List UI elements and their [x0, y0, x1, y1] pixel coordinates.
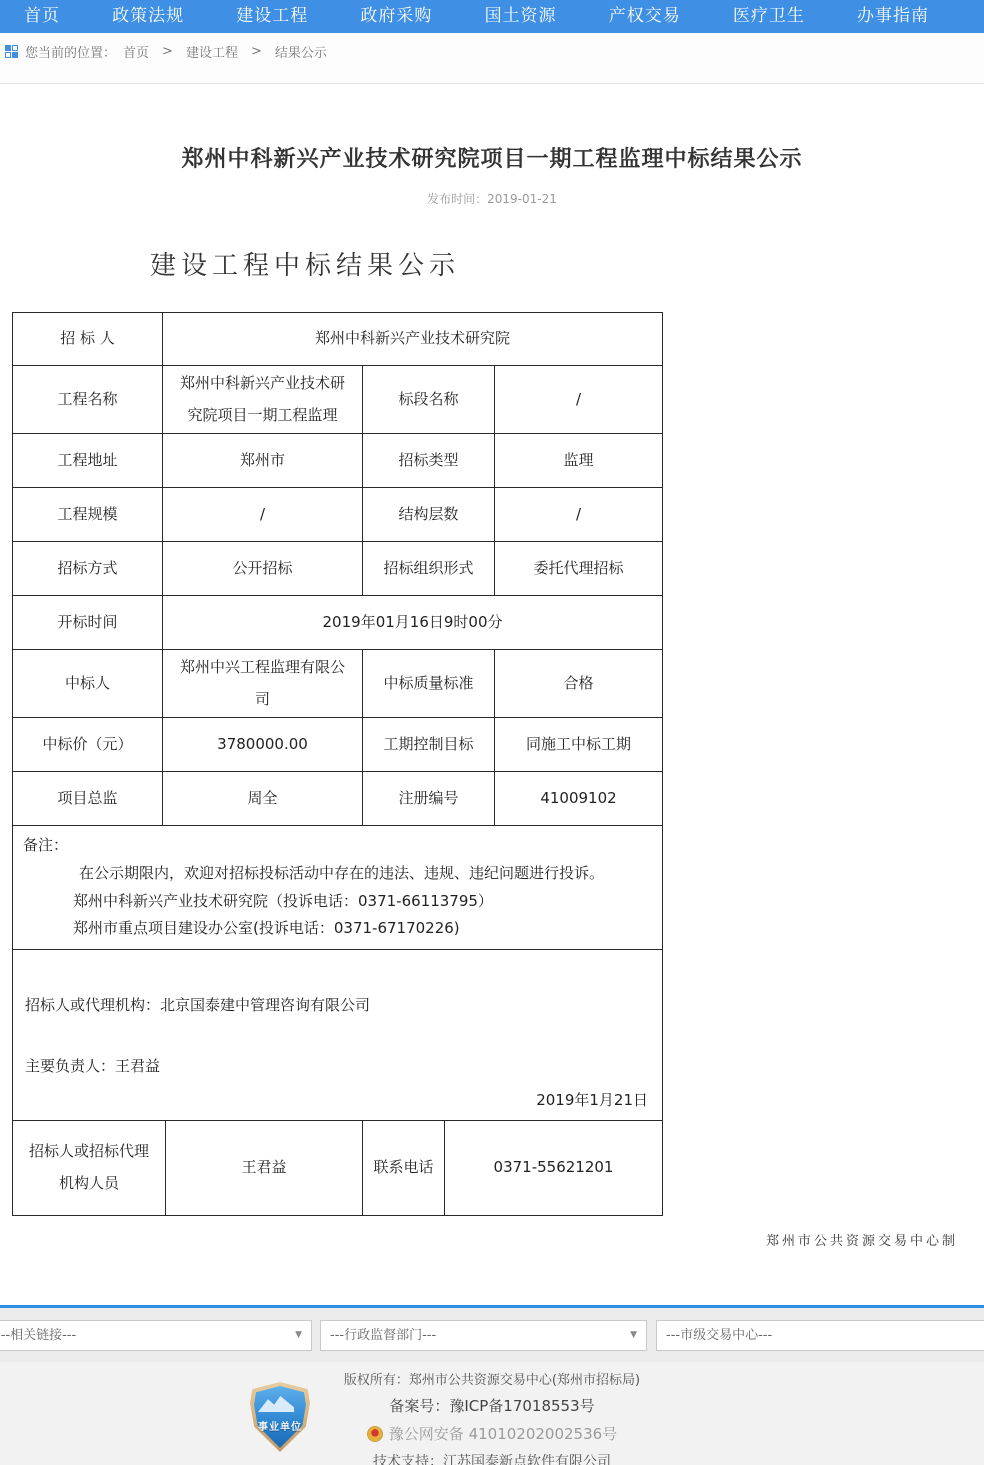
nav-item-home[interactable]: 首页	[24, 0, 60, 33]
table-row: 工程地址 郑州市 招标类型 监理	[13, 434, 663, 488]
nav-item-policy[interactable]: 政策法规	[112, 0, 184, 33]
icp-record-text: 备案号：豫ICP备17018553号	[0, 1395, 984, 1416]
related-links-select-wrap: ---相关链接--- ▼	[0, 1320, 312, 1351]
footer-link-selects: ---相关链接--- ▼ ---行政监督部门--- ▼ ---市级交易中心---…	[0, 1308, 984, 1362]
cell-schedule-target-value: 同施工中标工期	[495, 718, 663, 772]
table-row: 中标人 郑州中兴工程监理有限公司 中标质量标准 合格	[13, 650, 663, 718]
remark-body: 在公示期限内，欢迎对招标投标活动中存在的违法、违规、违纪问题进行投诉。 郑州中科…	[23, 860, 652, 943]
footer: 事业单位 版权所有：郑州市公共资源交易中心(郑州市招标局) 备案号：豫ICP备1…	[0, 1362, 984, 1465]
cell-agent-staff-value: 王君益	[166, 1120, 363, 1215]
city-trade-center-select-wrap: ---市级交易中心--- ▼	[656, 1320, 984, 1351]
cell-project-scale-value: /	[163, 488, 363, 542]
cell-chief-supervisor-value: 周全	[163, 772, 363, 826]
cell-tender-org-form-value: 委托代理招标	[495, 542, 663, 596]
made-by-note: 郑州市公共资源交易中心制	[0, 1230, 958, 1249]
table-row: 招标人或招标代理机构人员 王君益 联系电话 0371-55621201	[13, 1120, 663, 1215]
remark-line: 郑州市重点项目建设办公室(投诉电话：0371-67170226)	[23, 915, 652, 943]
cell-registration-no-label: 注册编号	[363, 772, 495, 826]
top-nav: 首页 政策法规 建设工程 政府采购 国土资源 产权交易 医疗卫生 办事指南	[0, 0, 984, 33]
nav-item-medical[interactable]: 医疗卫生	[733, 0, 805, 33]
cell-agent-staff-label: 招标人或招标代理机构人员	[13, 1120, 166, 1215]
remark-line: 在公示期限内，欢迎对招标投标活动中存在的违法、违规、违纪问题进行投诉。	[23, 860, 652, 888]
cell-tenderer-label: 招 标 人	[13, 313, 163, 366]
breadcrumb-separator: >	[162, 44, 173, 59]
page-title: 郑州中科新兴产业技术研究院项目一期工程监理中标结果公示	[0, 142, 984, 173]
breadcrumb-home-link[interactable]: 首页	[123, 42, 149, 61]
table-row: 开标时间 2019年01月16日9时00分	[13, 596, 663, 650]
public-security-record-text: 豫公网安备 41010202002536号	[389, 1423, 617, 1444]
cell-agency: 招标人或代理机构：北京国泰建中管理咨询有限公司 主要负责人：王君益 2019年1…	[13, 950, 663, 1121]
table-row: 工程名称 郑州中科新兴产业技术研究院项目一期工程监理 标段名称 /	[13, 366, 663, 434]
tech-support-text: 技术支持：江苏国泰新点软件有限公司	[0, 1451, 984, 1465]
bid-result-table-contact: 招标人或招标代理机构人员 王君益 联系电话 0371-55621201	[12, 1120, 663, 1216]
city-trade-center-select[interactable]: ---市级交易中心---	[657, 1321, 984, 1350]
nav-item-construction[interactable]: 建设工程	[236, 0, 308, 33]
bid-result-table: 招 标 人 郑州中科新兴产业技术研究院 工程名称 郑州中科新兴产业技术研究院项目…	[12, 312, 663, 1121]
breadcrumb-current: 结果公示	[275, 42, 327, 61]
cell-tender-type-label: 招标类型	[363, 434, 495, 488]
cell-project-address-value: 郑州市	[163, 434, 363, 488]
cell-section-name-label: 标段名称	[363, 366, 495, 434]
cell-project-name-value: 郑州中科新兴产业技术研究院项目一期工程监理	[163, 366, 363, 434]
cell-registration-no-value: 41009102	[495, 772, 663, 826]
supervision-dept-select[interactable]: ---行政监督部门---	[321, 1321, 646, 1350]
cell-project-name-label: 工程名称	[13, 366, 163, 434]
cell-contact-phone-label: 联系电话	[363, 1120, 445, 1215]
bid-result-table-wrap: 招 标 人 郑州中科新兴产业技术研究院 工程名称 郑州中科新兴产业技术研究院项目…	[12, 312, 662, 1216]
supervision-dept-select-wrap: ---行政监督部门--- ▼	[320, 1320, 647, 1351]
nav-item-land[interactable]: 国土资源	[485, 0, 557, 33]
cell-winner-value: 郑州中兴工程监理有限公司	[163, 650, 363, 718]
cell-tender-method-label: 招标方式	[13, 542, 163, 596]
cell-bid-opening-time-value: 2019年01月16日9时00分	[163, 596, 663, 650]
cell-quality-standard-label: 中标质量标准	[363, 650, 495, 718]
cell-chief-supervisor-label: 项目总监	[13, 772, 163, 826]
cell-bid-price-value: 3780000.00	[163, 718, 363, 772]
police-emblem-icon	[367, 1426, 383, 1442]
cell-contact-phone-value: 0371-55621201	[445, 1120, 663, 1215]
sign-date: 2019年1月21日	[25, 1089, 652, 1112]
cell-project-scale-label: 工程规模	[13, 488, 163, 542]
table-row: 项目总监 周全 注册编号 41009102	[13, 772, 663, 826]
cell-winner-label: 中标人	[13, 650, 163, 718]
table-row: 招 标 人 郑州中科新兴产业技术研究院	[13, 313, 663, 366]
table-row: 工程规模 / 结构层数 /	[13, 488, 663, 542]
public-security-record-link[interactable]: 豫公网安备 41010202002536号	[0, 1423, 984, 1444]
agency-row: 招标人或代理机构：北京国泰建中管理咨询有限公司 主要负责人：王君益 2019年1…	[13, 950, 663, 1121]
cell-tenderer-value: 郑州中科新兴产业技术研究院	[163, 313, 663, 366]
breadcrumb: 您当前的位置： 首页 > 建设工程 > 结果公示	[5, 42, 984, 61]
cell-tender-type-value: 监理	[495, 434, 663, 488]
related-links-select[interactable]: ---相关链接---	[0, 1321, 311, 1350]
cell-section-name-value: /	[495, 366, 663, 434]
cell-tender-method-value: 公开招标	[163, 542, 363, 596]
remark-line: 郑州中科新兴产业技术研究院（投诉电话：0371-66113795）	[23, 888, 652, 916]
remark-row: 备注： 在公示期限内，欢迎对招标投标活动中存在的违法、违规、违纪问题进行投诉。 …	[13, 826, 663, 950]
nav-item-property[interactable]: 产权交易	[609, 0, 681, 33]
table-row: 中标价（元） 3780000.00 工期控制目标 同施工中标工期	[13, 718, 663, 772]
section-heading: 建设工程中标结果公示	[150, 245, 984, 282]
breadcrumb-prefix: 您当前的位置：	[25, 42, 116, 61]
breadcrumb-section-link[interactable]: 建设工程	[186, 42, 238, 61]
nav-item-guide[interactable]: 办事指南	[857, 0, 929, 33]
cell-bid-opening-time-label: 开标时间	[13, 596, 163, 650]
breadcrumb-separator: >	[251, 44, 262, 59]
main-content: 郑州中科新兴产业技术研究院项目一期工程监理中标结果公示 发布时间：2019-01…	[0, 84, 984, 1305]
cell-remark: 备注： 在公示期限内，欢迎对招标投标活动中存在的违法、违规、违纪问题进行投诉。 …	[13, 826, 663, 950]
remark-title: 备注：	[23, 832, 652, 860]
agency-line: 招标人或代理机构：北京国泰建中管理咨询有限公司	[25, 994, 652, 1017]
cell-structure-floors-value: /	[495, 488, 663, 542]
sitemap-grid-icon	[5, 45, 18, 58]
nav-item-procurement[interactable]: 政府采购	[360, 0, 432, 33]
cell-bid-price-label: 中标价（元）	[13, 718, 163, 772]
breadcrumb-bar: 您当前的位置： 首页 > 建设工程 > 结果公示	[0, 33, 984, 84]
principal-line: 主要负责人：王君益	[25, 1055, 652, 1078]
copyright-text: 版权所有：郑州市公共资源交易中心(郑州市招标局)	[0, 1369, 984, 1388]
cell-structure-floors-label: 结构层数	[363, 488, 495, 542]
cell-quality-standard-value: 合格	[495, 650, 663, 718]
cell-project-address-label: 工程地址	[13, 434, 163, 488]
publish-time: 发布时间：2019-01-21	[0, 190, 984, 207]
table-row: 招标方式 公开招标 招标组织形式 委托代理招标	[13, 542, 663, 596]
cell-tender-org-form-label: 招标组织形式	[363, 542, 495, 596]
cell-schedule-target-label: 工期控制目标	[363, 718, 495, 772]
